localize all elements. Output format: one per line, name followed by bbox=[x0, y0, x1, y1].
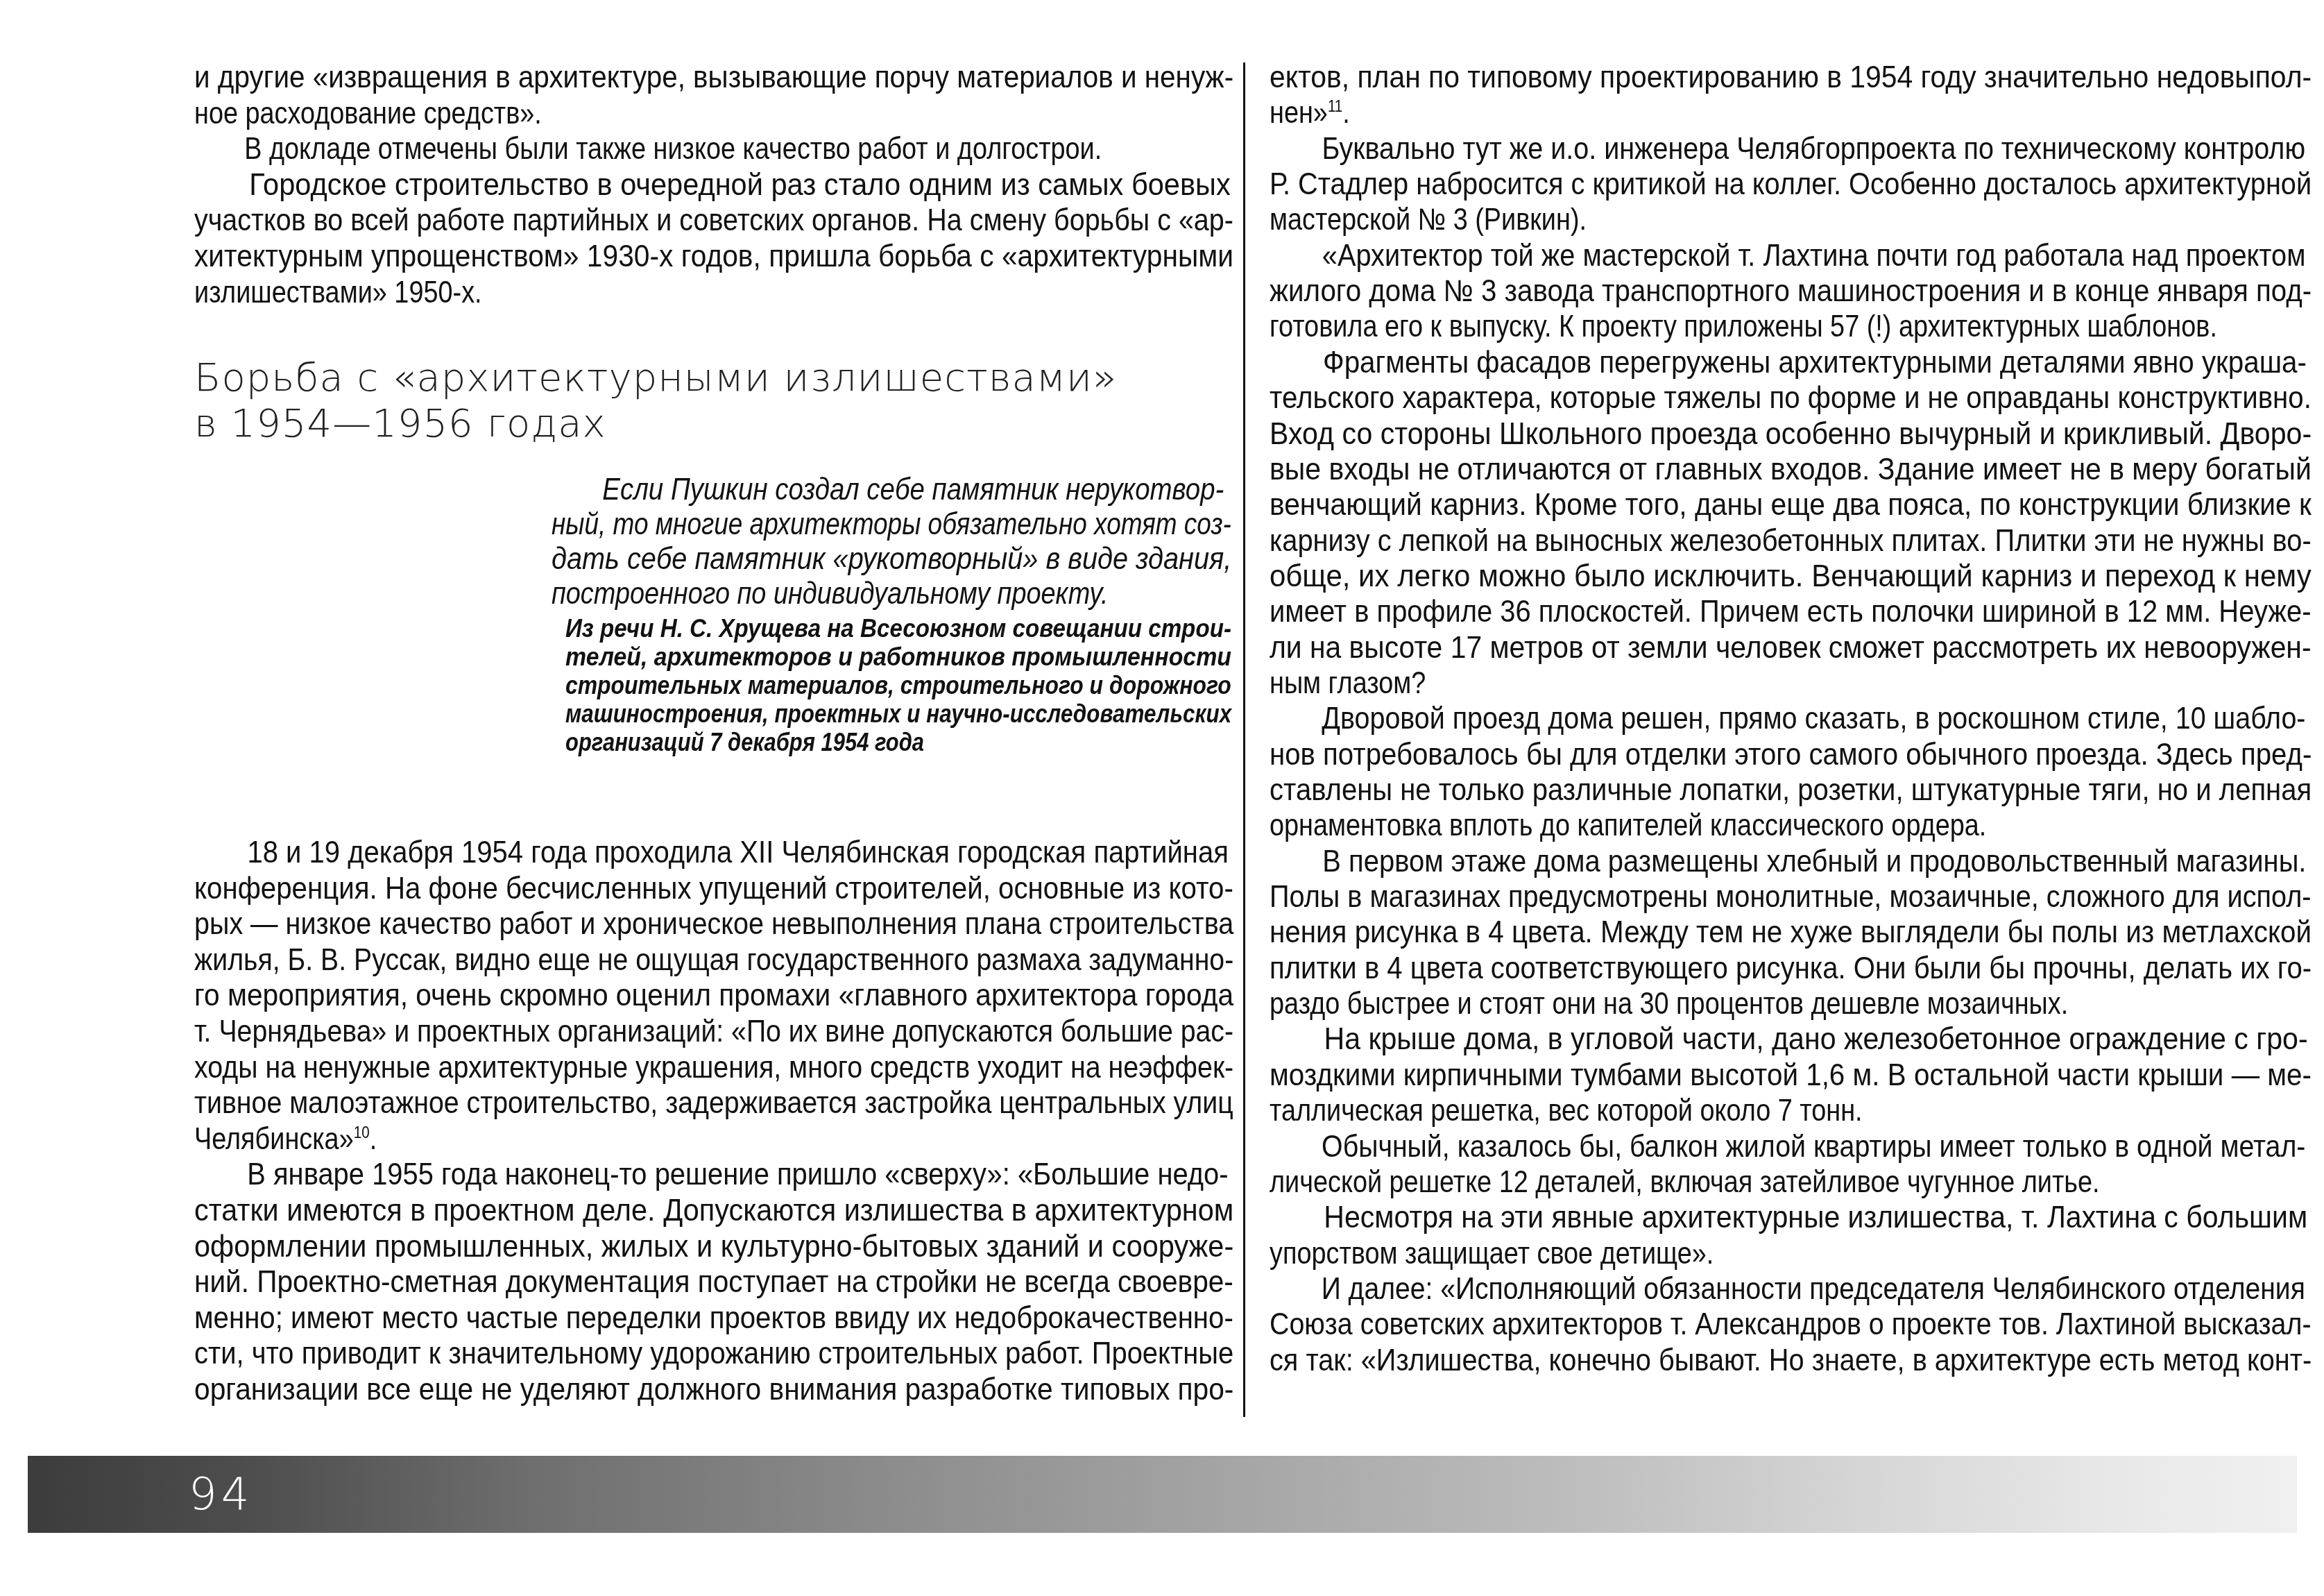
text-line: В первом этаже дома размещены хлебный и … bbox=[1270, 844, 2312, 880]
text-line: обще, их легко можно было исключить. Вен… bbox=[1270, 559, 2312, 595]
footnote-ref: 11 bbox=[1328, 98, 1342, 117]
text-line: ным глазом? bbox=[1270, 665, 2166, 702]
text-line: таллическая решетка, вес которой около 7… bbox=[1270, 1093, 2166, 1129]
text-line: тельского характера, которые тяжелы по ф… bbox=[1270, 380, 2312, 416]
text-line: На крыше дома, в угловой части, дано жел… bbox=[1270, 1021, 2312, 1058]
text-line: ся так: «Излишества, конечно бывают. Но … bbox=[1270, 1343, 2312, 1379]
text-line: Полы в магазинах предусмотрены монолитны… bbox=[1270, 879, 2312, 915]
text-line: Фрагменты фасадов перегружены архитектур… bbox=[1270, 345, 2312, 381]
text-line: жилья, Б. В. Руссак, видно еще не ощущая… bbox=[194, 942, 1233, 978]
footnote-ref: 10 bbox=[354, 1123, 370, 1142]
text-line: готовила его к выпуску. К проекту прилож… bbox=[1270, 309, 2166, 345]
text-line: ли на высоте 17 метров от земли человек … bbox=[1270, 630, 2312, 666]
text-line: лической решетке 12 деталей, включая зат… bbox=[1270, 1164, 2166, 1200]
text-line: Несмотря на эти явные архитектурные изли… bbox=[1270, 1200, 2312, 1236]
text-line: карнизу с лепкой на выносных железобетон… bbox=[1270, 523, 2312, 559]
text-line: 18 и 19 декабря 1954 года проходила XII … bbox=[194, 835, 1233, 871]
text-line: Союза советских архитекторов т. Александ… bbox=[1270, 1307, 2312, 1343]
text-line: Буквально тут же и.о. инженера Челябгорп… bbox=[1270, 131, 2312, 167]
text-line: статки имеются в проектном деле. Допуска… bbox=[194, 1193, 1233, 1229]
text-line: Челябинска»10. bbox=[194, 1121, 1088, 1157]
text-line: конференция. На фоне бесчисленных упущен… bbox=[194, 871, 1233, 907]
text-line: ставлены не только различные лопатки, ро… bbox=[1270, 772, 2312, 808]
text-line: венчающий карниз. Кроме того, даны еще д… bbox=[1270, 487, 2312, 523]
text-line: рых — низкое качество работ и хроническо… bbox=[194, 906, 1233, 942]
text-line: участков во всей работе партийных и сове… bbox=[194, 203, 1233, 239]
text-line: раздо быстрее и стоят они на 30 проценто… bbox=[1270, 986, 2166, 1022]
text-line: Р. Стадлер набросится с критикой на колл… bbox=[1270, 167, 2312, 203]
text-line: и другие «извращения в архитектуре, вызы… bbox=[194, 60, 1233, 96]
text-line: го мероприятия, очень скромно оценил про… bbox=[194, 978, 1233, 1014]
text-line: моздкими кирпичными тумбами высотой 1,6 … bbox=[1270, 1058, 2312, 1094]
text-line: менно; имеют место частые переделки прое… bbox=[194, 1300, 1233, 1336]
footer-bar bbox=[28, 1456, 2297, 1533]
text-line: ний. Проектно-сметная документация посту… bbox=[194, 1264, 1233, 1300]
text-line: Дворовой проезд дома решен, прямо сказат… bbox=[1270, 701, 2312, 737]
text-line: излишествами» 1950-х. bbox=[194, 275, 1088, 311]
text-line: мастерской № 3 (Ривкин). bbox=[1270, 202, 2166, 238]
epigraph-quote-line: Если Пушкин создал себе памятник нерукот… bbox=[552, 472, 1231, 508]
text-line: сти, что приводит к значительному удорож… bbox=[194, 1336, 1233, 1372]
text-line: имеет в профиле 36 плоскостей. Причем ес… bbox=[1270, 594, 2312, 630]
text-line: нен»11. bbox=[1270, 95, 2166, 131]
text-line: И далее: «Исполняющий обязанности предсе… bbox=[1270, 1271, 2312, 1307]
text-line: «Архитектор той же мастерской т. Лахтина… bbox=[1270, 238, 2312, 274]
epigraph-quote-line: ный, то многие архитекторы обязательно х… bbox=[552, 507, 1231, 543]
text-line: организации все еще не уделяют должного … bbox=[194, 1372, 1233, 1408]
text-line: орнаментовка вплоть до капителей классич… bbox=[1270, 808, 2166, 844]
text-line: тивное малоэтажное строительство, задерж… bbox=[194, 1085, 1233, 1121]
text-line: В докладе отмечены были также низкое кач… bbox=[194, 131, 1088, 167]
section-heading-line-1: Борьба с «архитектурными излишествами» bbox=[194, 355, 1117, 401]
text-line: упорством защищает свое детище». bbox=[1270, 1236, 2166, 1272]
text-line: жилого дома № 3 завода транспортного маш… bbox=[1270, 273, 2312, 309]
text-line: Вход со стороны Школьного проезда особен… bbox=[1270, 416, 2312, 452]
epigraph-quote-line: дать себе памятник «рукотворный» в виде … bbox=[552, 541, 1231, 577]
text-line: ное расходование средств». bbox=[194, 96, 1088, 132]
text-line: Обычный, казалось бы, балкон жилой кварт… bbox=[1270, 1129, 2312, 1165]
column-divider bbox=[1243, 62, 1245, 1417]
text-line: ходы на ненужные архитектурные украшения… bbox=[194, 1050, 1233, 1086]
text-line: т. Чернядьева» и проектных организаций: … bbox=[194, 1014, 1233, 1050]
text-line: плитки в 4 цвета соответствующего рисунк… bbox=[1270, 951, 2312, 987]
text-line: вые входы не отличаются от главных входо… bbox=[1270, 452, 2312, 488]
epigraph-quote-line: построенного по индивидуальному проекту. bbox=[552, 576, 1136, 612]
text-line: В январе 1955 года наконец-то решение пр… bbox=[194, 1157, 1233, 1193]
text-line: нения рисунка в 4 цвета. Между тем не ху… bbox=[1270, 915, 2312, 951]
epigraph-source-line: организаций 7 декабря 1954 года bbox=[565, 724, 1138, 761]
text-line: хитектурным упрощенством» 1930-х годов, … bbox=[194, 239, 1233, 275]
section-heading: Борьба с «архитектурными излишествами» в… bbox=[194, 355, 1117, 447]
text-line: ектов, план по типовому проектированию в… bbox=[1270, 60, 2312, 96]
text-line: Городское строительство в очередной раз … bbox=[194, 167, 1233, 203]
section-heading-line-2: в 1954—1956 годах bbox=[194, 401, 1117, 447]
text-line: нов потребовалось бы для отделки этого с… bbox=[1270, 737, 2312, 773]
text-line: оформлении промышленных, жилых и культур… bbox=[194, 1229, 1233, 1265]
page-number: 94 bbox=[189, 1472, 253, 1517]
